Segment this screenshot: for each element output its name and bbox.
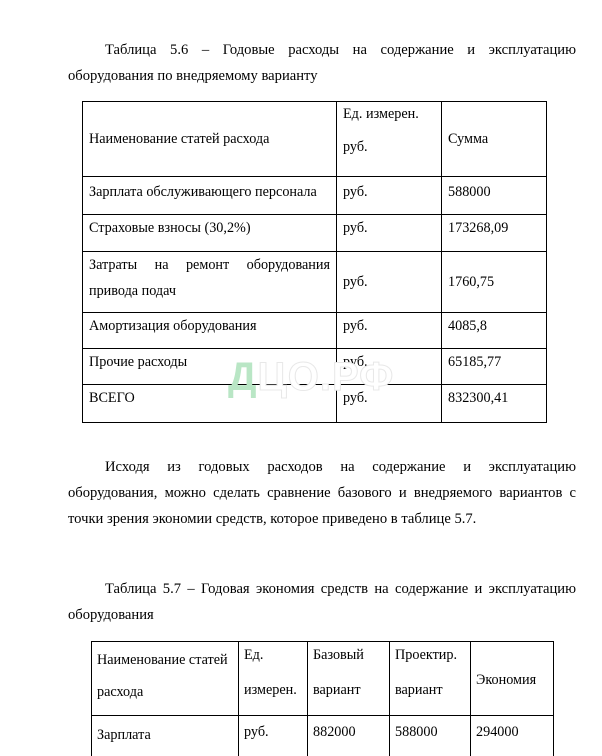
row-name: Зарплата обслуживающего персонала	[83, 177, 337, 215]
header-unit: Ед. измерен.	[239, 642, 308, 716]
table-row: Зарплата обслуживающего персонала руб. 5…	[83, 177, 547, 215]
paragraph-line-3: точки зрения экономии средств, которое п…	[68, 506, 576, 532]
header-unit-line-2: измерен.	[244, 666, 302, 714]
row-unit: руб.	[337, 385, 442, 423]
row-base: 882000	[308, 716, 390, 756]
row-project: 588000	[390, 716, 471, 756]
table-row: Страховые взносы (30,2%) руб. 173268,09	[83, 215, 547, 252]
table-row: Амортизация оборудования руб. 4085,8	[83, 313, 547, 349]
paragraph-line-1: Исходя из годовых расходов на содержание…	[68, 454, 576, 480]
table-5-6-caption: Таблица 5.6 – Годовые расходы на содержа…	[68, 37, 576, 89]
row-name: Прочие расходы	[83, 349, 337, 385]
header-project-line-1: Проектир.	[395, 644, 465, 666]
row-unit: руб.	[337, 215, 442, 252]
header-base-line-1: Базовый	[313, 644, 384, 666]
row-unit: руб.	[337, 252, 442, 313]
header-unit: Ед. измерен. руб.	[337, 102, 442, 177]
table-5-7: Наименование статей расхода Ед. измерен.…	[91, 641, 554, 756]
caption-line-2: оборудования по внедряемому варианту	[68, 63, 576, 89]
row-sum: 1760,75	[442, 252, 547, 313]
table-header-row: Наименование статей расхода Ед. измерен.…	[92, 642, 554, 716]
header-project-line-2: вариант	[395, 666, 465, 714]
row-unit: руб.	[337, 313, 442, 349]
header-sum: Сумма	[442, 102, 547, 177]
table-header-row: Наименование статей расхода Ед. измерен.…	[83, 102, 547, 177]
header-name-line-2: расхода	[97, 676, 233, 708]
row-sum: 588000	[442, 177, 547, 215]
header-name: Наименование статей расхода	[83, 102, 337, 177]
table-row: Прочие расходы руб. 65185,77	[83, 349, 547, 385]
row-unit: руб.	[337, 349, 442, 385]
row-name: Амортизация оборудования	[83, 313, 337, 349]
row-name-line-1: Затраты на ремонт оборудования	[89, 252, 330, 278]
paragraph-line-2: оборудования, можно сделать сравнение ба…	[68, 480, 576, 506]
row-unit: руб.	[239, 716, 308, 756]
table-5-7-caption: Таблица 5.7 – Годовая экономия средств н…	[68, 576, 576, 628]
header-base-line-2: вариант	[313, 666, 384, 714]
row-sum: 173268,09	[442, 215, 547, 252]
row-sum: 65185,77	[442, 349, 547, 385]
header-unit-line-1: Ед.	[244, 644, 302, 666]
row-name: Зарплата	[92, 716, 239, 756]
header-project: Проектир. вариант	[390, 642, 471, 716]
row-saving: 294000	[471, 716, 554, 756]
header-unit-line-2: руб.	[343, 126, 435, 168]
table-row: Зарплата руб. 882000 588000 294000	[92, 716, 554, 756]
row-name-line-2: привода подач	[89, 278, 330, 304]
body-paragraph: Исходя из годовых расходов на содержание…	[68, 454, 576, 532]
header-unit-line-1: Ед. измерен.	[343, 102, 435, 126]
header-saving: Экономия	[471, 642, 554, 716]
row-name: Затраты на ремонт оборудования привода п…	[83, 252, 337, 313]
header-name-line-1: Наименование статей	[97, 644, 233, 676]
header-base: Базовый вариант	[308, 642, 390, 716]
caption-line-1: Таблица 5.6 – Годовые расходы на содержа…	[68, 37, 576, 63]
table-row: Затраты на ремонт оборудования привода п…	[83, 252, 547, 313]
caption-line-1: Таблица 5.7 – Годовая экономия средств н…	[68, 576, 576, 602]
header-name: Наименование статей расхода	[92, 642, 239, 716]
row-name: Страховые взносы (30,2%)	[83, 215, 337, 252]
row-unit: руб.	[337, 177, 442, 215]
table-row-total: ВСЕГО руб. 832300,41	[83, 385, 547, 423]
row-name: ВСЕГО	[83, 385, 337, 423]
row-sum: 4085,8	[442, 313, 547, 349]
table-5-6: Наименование статей расхода Ед. измерен.…	[82, 101, 547, 423]
row-sum: 832300,41	[442, 385, 547, 423]
caption-line-2: оборудования	[68, 602, 576, 628]
